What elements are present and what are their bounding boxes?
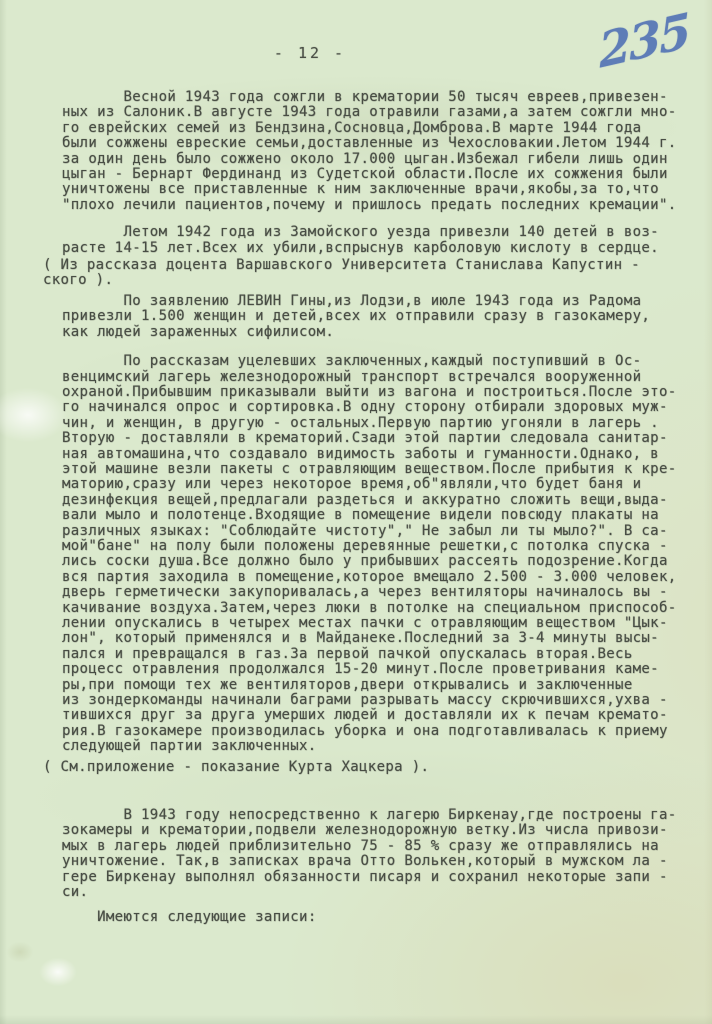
paragraph-children-1942: Летом 1942 года из Замойского уезда прив… — [62, 225, 707, 256]
source-note-hatsker: ( См.приложение - показание Курта Хацкер… — [43, 760, 707, 775]
paragraph-birkenau-1943: В 1943 году непосредственно к лагерю Бир… — [62, 808, 707, 900]
handwritten-page-number: 235 — [598, 3, 691, 79]
paragraph-gas-chamber-procedure: По рассказам уцелевших заключенных,кажды… — [62, 354, 707, 755]
paragraph-cremations-1943: Весной 1943 года сожгли в крематории 50 … — [62, 90, 707, 213]
paragraph-records-intro: Имеются следующие записи: — [62, 910, 707, 925]
typewritten-text: Весной 1943 года сожгли в крематории 50 … — [62, 90, 707, 925]
document-page: - 12 - 235 Весной 1943 года сожгли в кре… — [0, 0, 712, 1024]
source-note-kapustinsky: ( Из рассказа доцента Варшавского Универ… — [43, 258, 707, 289]
paragraph-levin-gina: По заявлению ЛЕВИН Гины,из Лодзи,в июле … — [62, 294, 707, 340]
page-number: - 12 - — [0, 44, 620, 62]
